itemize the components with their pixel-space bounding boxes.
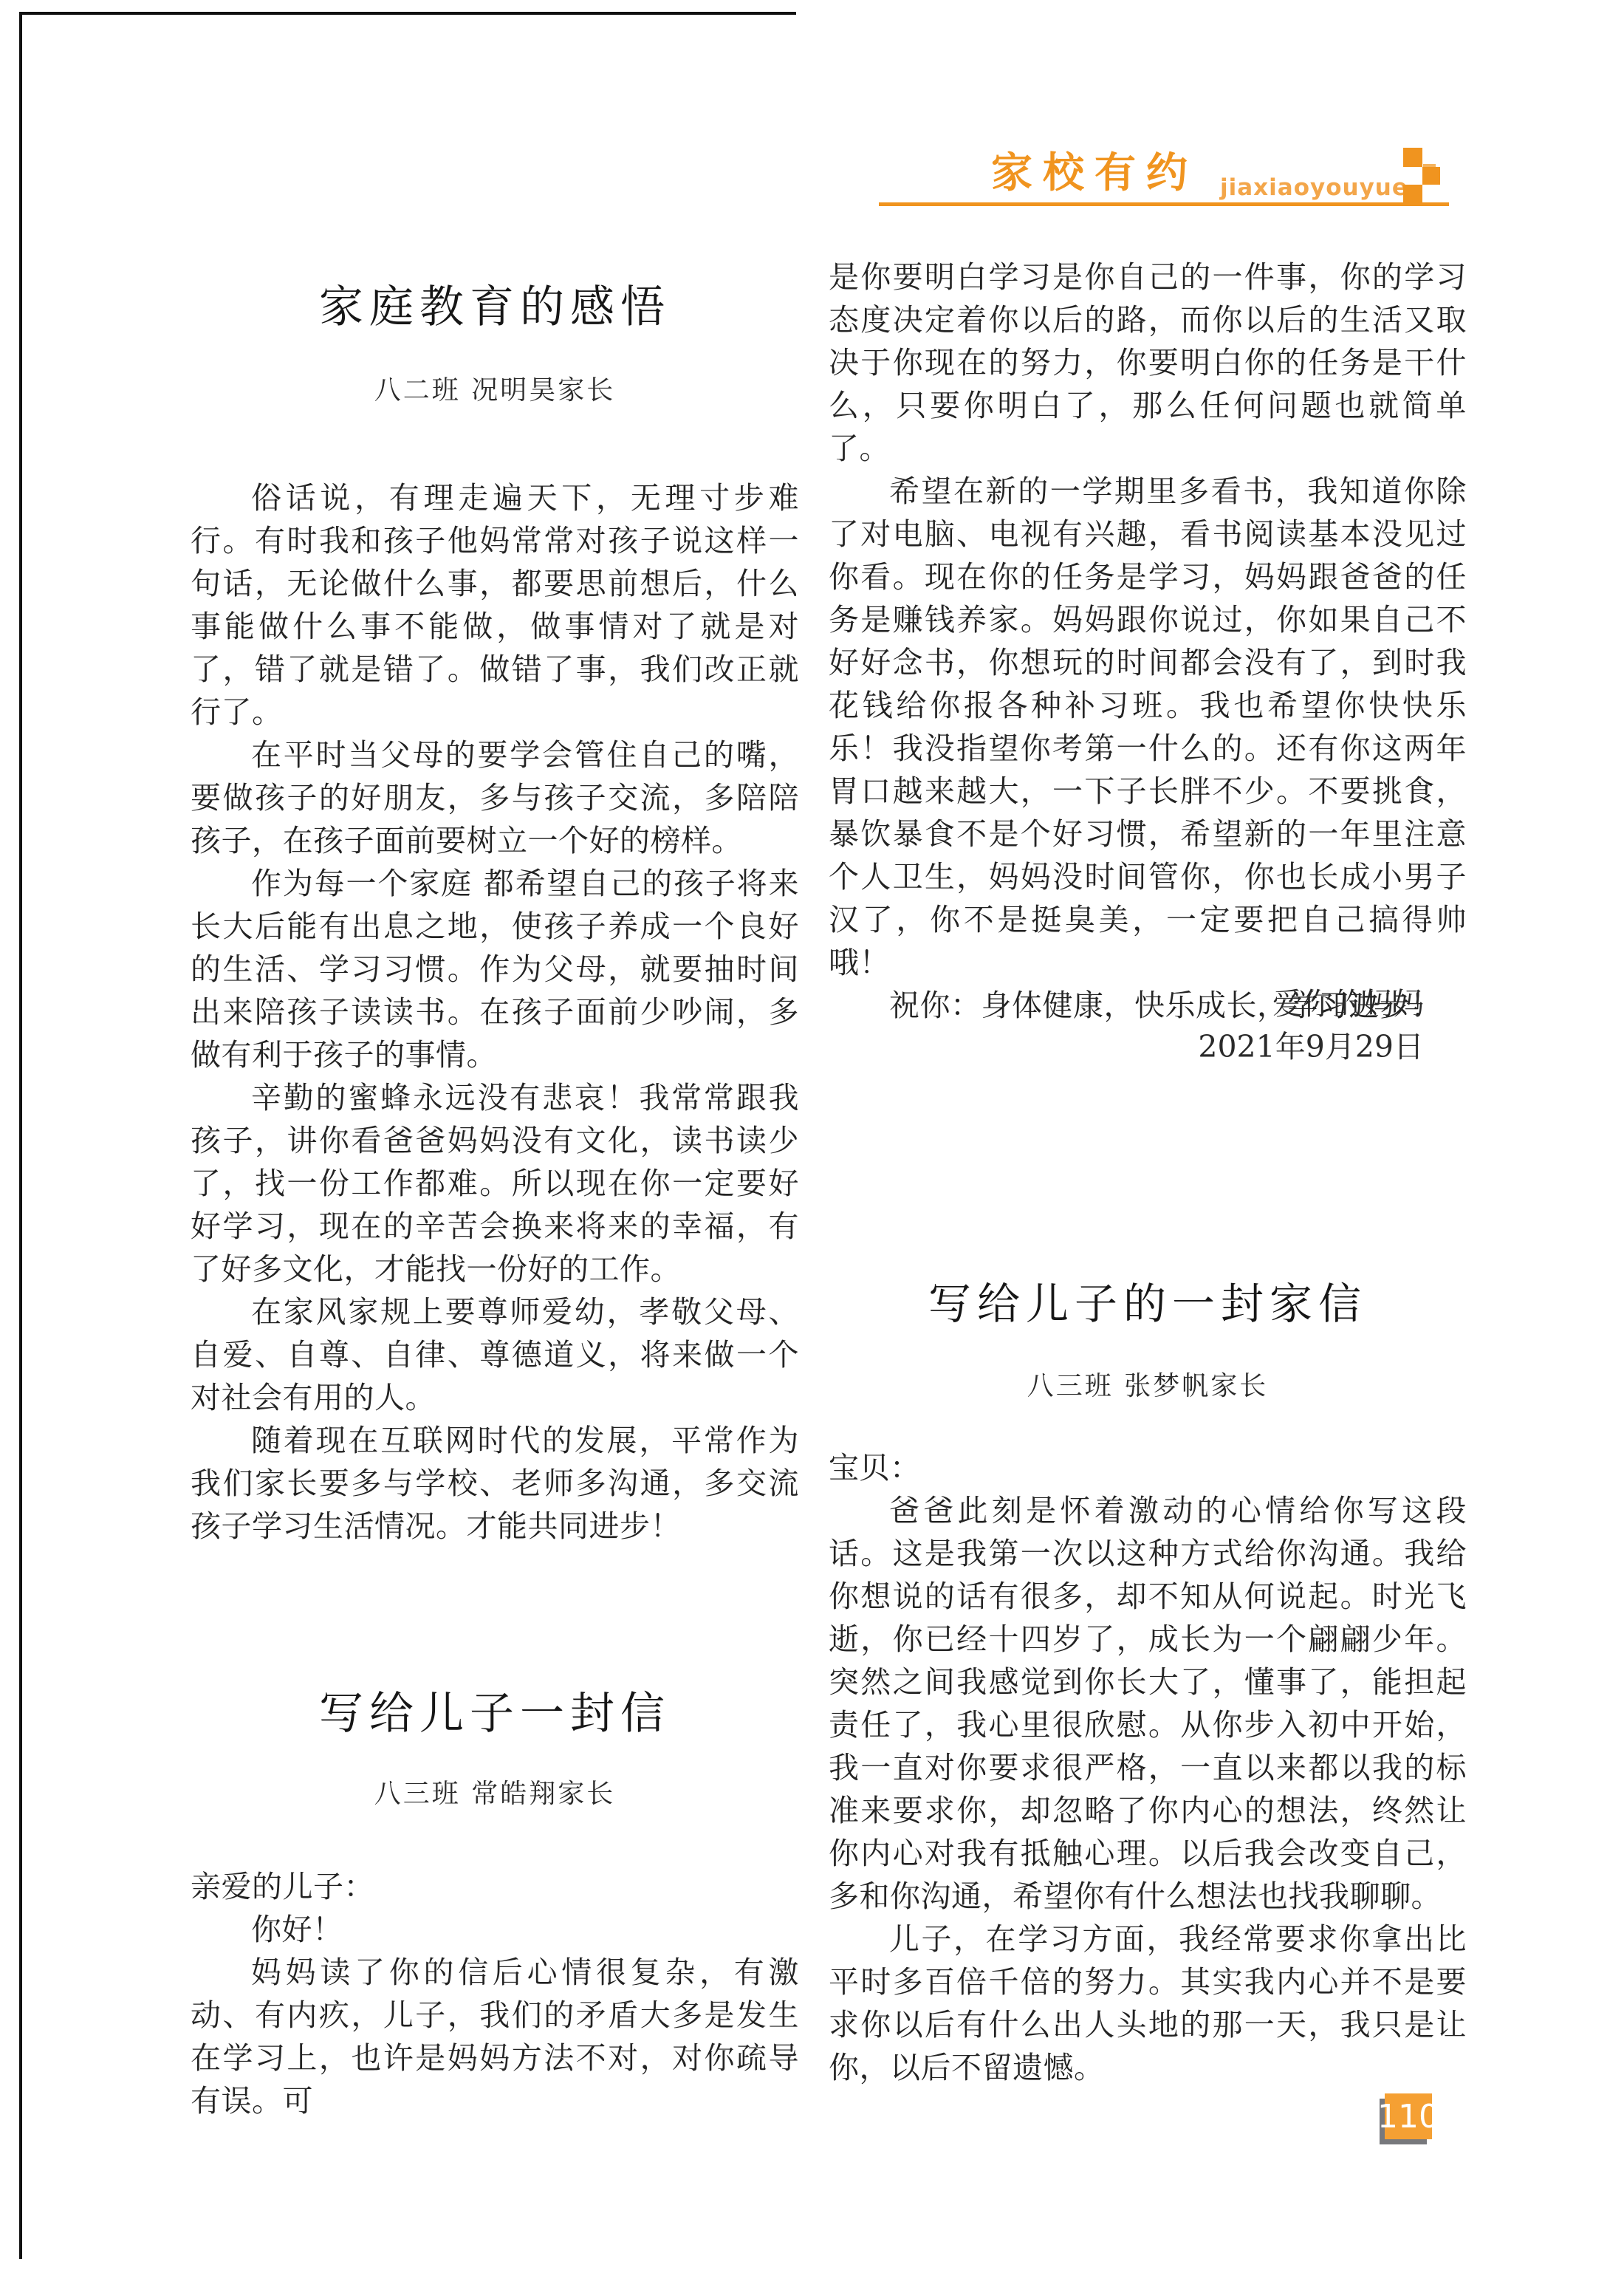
article1-paragraph: 随着现在互联网时代的发展，平常作为我们家长要多与学校、老师多沟通，多交流孩子学习… [191, 1419, 799, 1548]
article1-byline: 八二班 况明昊家长 [191, 369, 799, 407]
article2-byline: 八三班 常皓翔家长 [191, 1773, 799, 1811]
pixel-square-middle [1422, 167, 1440, 185]
article2-body-continued: 是你要明白学习是你自己的一件事，你的学习态度决定着你以后的路，而你以后的生活又取… [829, 256, 1467, 1027]
page-edge-top-line [22, 12, 796, 15]
pixel-square-bottom [1403, 185, 1422, 204]
article1-body: 俗话说，有理走遍天下，无理寸步难行。有时我和孩子他妈常常对孩子说这样一句话，无论… [191, 476, 799, 1548]
page-number-badge: 110 [1385, 2093, 1432, 2139]
magazine-page: 家校有约 jiaxiaoyouyue 家庭教育的感悟 八二班 况明昊家长 俗话说… [0, 0, 1624, 2270]
article2-signature: 爱你的妈妈 [829, 982, 1424, 1025]
page-edge-left-line [19, 12, 22, 2259]
article3-byline: 八三班 张梦帆家长 [829, 1365, 1467, 1403]
header-divider-line [879, 202, 1449, 206]
article3-salutation: 宝贝： [829, 1446, 1467, 1489]
article2-paragraph: 妈妈读了你的信后心情很复杂，有激动、有内疚，儿子，我们的矛盾大多是发生在学习上，… [191, 1951, 799, 2122]
article3-body: 宝贝： 爸爸此刻是怀着激动的心情给你写这段话。这是我第一次以这种方式给你沟通。我… [829, 1446, 1467, 2089]
article2-paragraph: 你好！ [191, 1908, 799, 1951]
section-header-title: 家校有约 [991, 140, 1198, 199]
article2-title: 写给儿子一封信 [191, 1678, 799, 1742]
article1-paragraph: 作为每一个家庭 都希望自己的孩子将来长大后能有出息之地，使孩子养成一个良好的生活… [191, 862, 799, 1076]
article2-signoff: 爱你的妈妈 2021年9月29日 [829, 982, 1424, 1068]
article3-paragraph: 爸爸此刻是怀着激动的心情给你写这段话。这是我第一次以这种方式给你沟通。我给你想说… [829, 1489, 1467, 1918]
article1-title: 家庭教育的感悟 [191, 272, 799, 335]
article2-body-start: 亲爱的儿子： 你好！ 妈妈读了你的信后心情很复杂，有激动、有内疚，儿子，我们的矛… [191, 1865, 799, 2122]
article2-paragraph-continuation: 是你要明白学习是你自己的一件事，你的学习态度决定着你以后的路，而你以后的生活又取… [829, 256, 1467, 470]
article3-title: 写给儿子的一封家信 [829, 1269, 1467, 1331]
article1-paragraph: 在家风家规上要尊师爱幼，孝敬父母、自爱、自尊、自律、尊德道义，将来做一个对社会有… [191, 1290, 799, 1419]
article1-paragraph: 辛勤的蜜蜂永远没有悲哀！我常常跟我孩子，讲你看爸爸妈妈没有文化，读书读少了，找一… [191, 1076, 799, 1290]
page-number: 110 [1377, 2098, 1439, 2136]
article2-date: 2021年9月29日 [829, 1025, 1424, 1068]
article1-paragraph: 俗话说，有理走遍天下，无理寸步难行。有时我和孩子他妈常常对孩子说这样一句话，无论… [191, 476, 799, 734]
article1-paragraph: 在平时当父母的要学会管住自己的嘴，要做孩子的好朋友，多与孩子交流，多陪陪孩子，在… [191, 734, 799, 862]
article2-paragraph: 希望在新的一学期里多看书，我知道你除了对电脑、电视有兴趣，看书阅读基本没见过你看… [829, 470, 1467, 984]
section-header-pinyin: jiaxiaoyouyue [1220, 174, 1408, 201]
article2-salutation: 亲爱的儿子： [191, 1865, 799, 1908]
article3-paragraph: 儿子，在学习方面，我经常要求你拿出比平时多百倍千倍的努力。其实我内心并不是要求你… [829, 1918, 1467, 2089]
pixel-square-top [1403, 148, 1422, 167]
